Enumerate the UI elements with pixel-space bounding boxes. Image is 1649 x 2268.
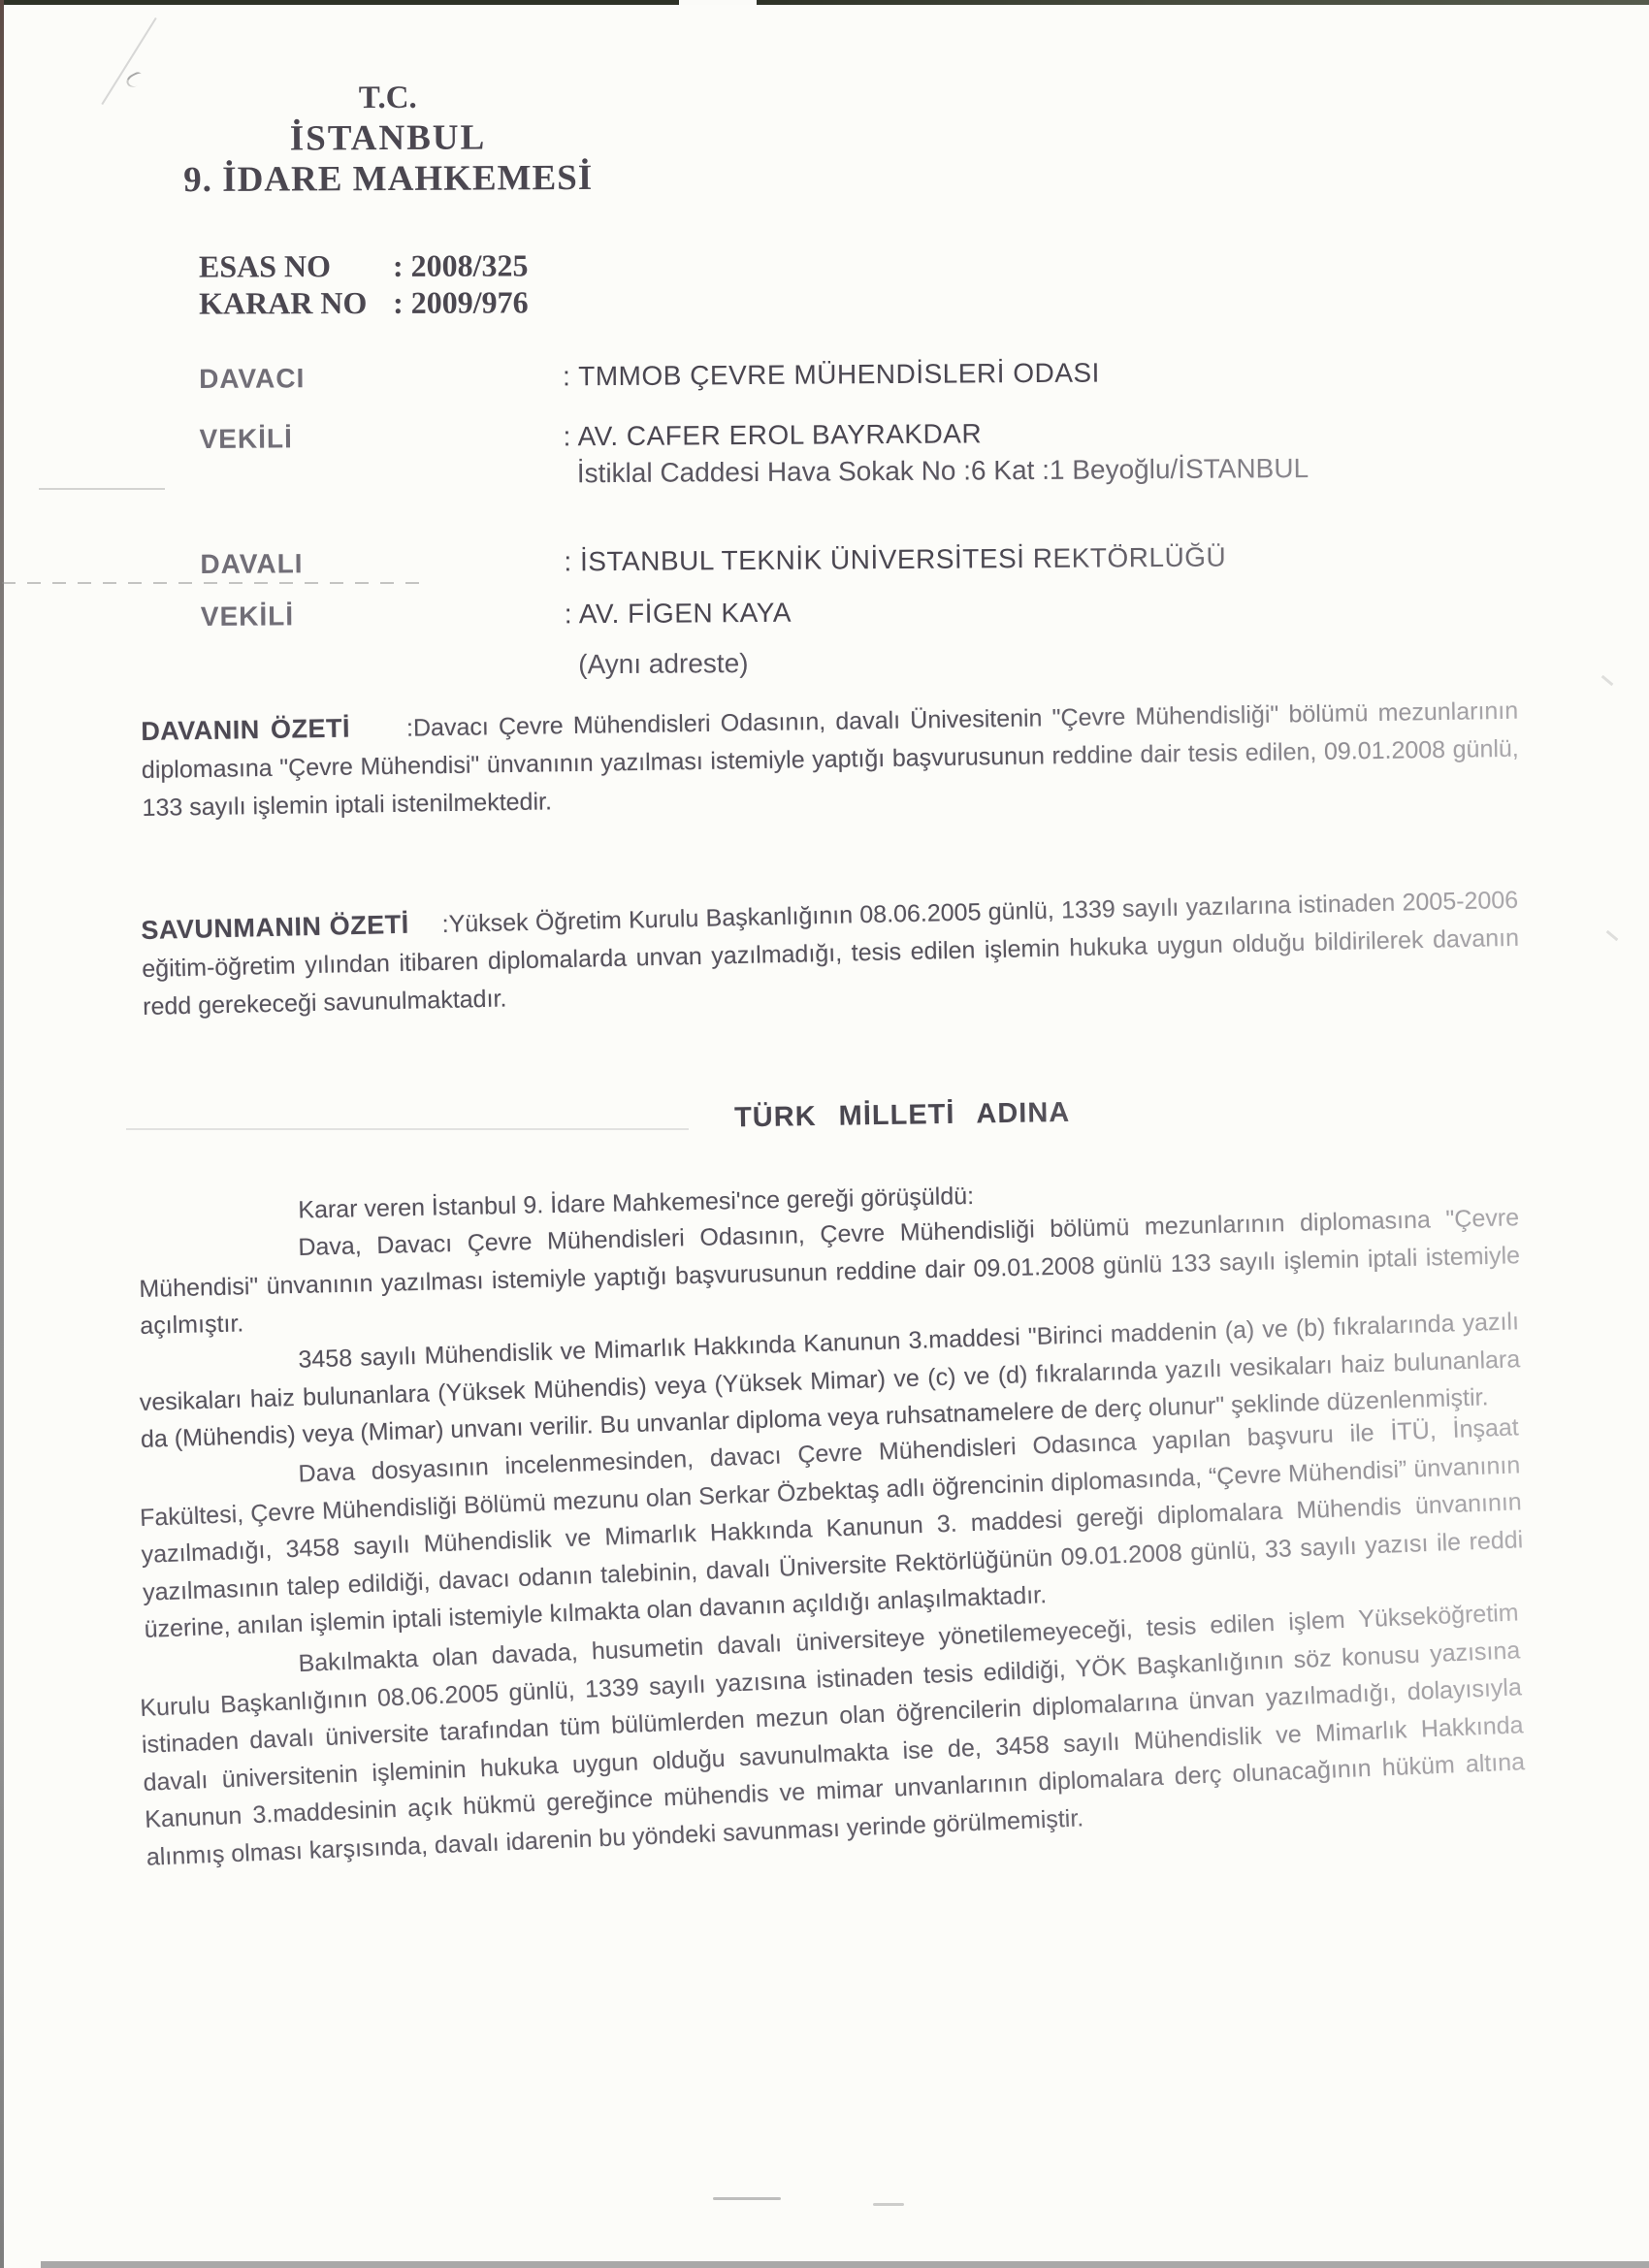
- defendant-counsel-address: (Aynı adreste): [565, 645, 749, 683]
- plaintiff-counsel-label: VEKİLİ: [199, 418, 563, 458]
- decision-heading: TÜRK MİLLETİ ADINA: [141, 1090, 1518, 1144]
- court-city: İSTANBUL: [136, 117, 640, 161]
- plaintiff-counsel-name: : AV. CAFER EROL BAYRAKDAR: [563, 415, 982, 455]
- scanned-court-decision-page: T.C. İSTANBUL 9. İDARE MAHKEMESİ ESAS NO…: [0, 0, 1649, 2268]
- karar-no-row: KARAR NO : 2009/976: [199, 283, 529, 321]
- karar-no-value: : 2009/976: [393, 283, 529, 320]
- esas-no-row: ESAS NO : 2008/325: [199, 246, 529, 284]
- stray-mark: [1606, 930, 1619, 941]
- defense-summary-text: :Yüksek Öğretim Kurulu Başkanlığının 08.…: [142, 887, 1519, 1021]
- ink-smudge: [713, 2197, 781, 2200]
- case-summary-section: DAVANIN ÖZETİ:Davacı Çevre Mühendisleri …: [141, 692, 1520, 827]
- defendant-counsel-address-row: (Aynı adreste): [201, 639, 1520, 685]
- spacer: [200, 455, 564, 495]
- case-summary-paragraph: DAVANIN ÖZETİ:Davacı Çevre Mühendisleri …: [141, 692, 1520, 827]
- defendant-counsel-label: VEKİLİ: [201, 596, 565, 635]
- defendant-name: : İSTANBUL TEKNİK ÜNİVERSİTESİ REKTÖRLÜĞ…: [564, 539, 1226, 581]
- scan-top-edge-line: [0, 0, 1649, 5]
- parties-section: DAVACI : TMMOB ÇEVRE MÜHENDİSLERİ ODASI …: [199, 352, 1520, 686]
- defense-summary-paragraph: SAVUNMANIN ÖZETİ:Yüksek Öğretim Kurulu B…: [141, 881, 1520, 1026]
- esas-no-value: : 2008/325: [393, 246, 529, 283]
- plaintiff-name: : TMMOB ÇEVRE MÜHENDİSLERİ ODASI: [563, 355, 1100, 396]
- plaintiff-counsel-address-row: İstiklal Caddesi Hava Sokak No :6 Kat :1…: [200, 449, 1519, 495]
- court-name: 9. İDARE MAHKEMESİ: [136, 158, 640, 202]
- defense-summary-label: SAVUNMANIN ÖZETİ: [141, 910, 409, 945]
- defendant-row: DAVALI : İSTANBUL TEKNİK ÜNİVERSİTESİ RE…: [200, 537, 1519, 583]
- court-header: T.C. İSTANBUL 9. İDARE MAHKEMESİ: [136, 77, 641, 202]
- scan-bottom-edge-line: [41, 2261, 1649, 2268]
- spacer: [409, 932, 442, 933]
- spacer: [201, 646, 565, 686]
- esas-no-label: ESAS NO: [199, 247, 393, 285]
- spacer: [350, 736, 406, 737]
- decision-body: Karar veren İstanbul 9. İdare Mahkemesi'…: [138, 1195, 1519, 1876]
- defendant-counsel-name: : AV. FİGEN KAYA: [565, 595, 792, 633]
- plaintiff-counsel-address: İstiklal Caddesi Hava Sokak No :6 Kat :1…: [564, 450, 1309, 492]
- defendant-counsel-row: VEKİLİ : AV. FİGEN KAYA: [201, 589, 1520, 634]
- defense-summary-section: SAVUNMANIN ÖZETİ:Yüksek Öğretim Kurulu B…: [141, 881, 1520, 1026]
- defendant-label: DAVALI: [200, 543, 564, 583]
- case-numbers: ESAS NO : 2008/325 KARAR NO : 2009/976: [199, 246, 529, 321]
- plaintiff-label: DAVACI: [199, 358, 563, 398]
- scan-left-edge-line: [0, 0, 4, 2268]
- plaintiff-row: DAVACI : TMMOB ÇEVRE MÜHENDİSLERİ ODASI: [199, 352, 1518, 398]
- republic-abbreviation: T.C.: [136, 77, 640, 120]
- paper-fold-crease: [39, 488, 165, 490]
- stray-mark: [1601, 675, 1614, 686]
- scan-top-edge-gap: [679, 0, 757, 5]
- case-summary-label: DAVANIN ÖZETİ: [141, 714, 350, 746]
- karar-no-label: KARAR NO: [199, 284, 393, 322]
- ink-smudge: [873, 2203, 904, 2206]
